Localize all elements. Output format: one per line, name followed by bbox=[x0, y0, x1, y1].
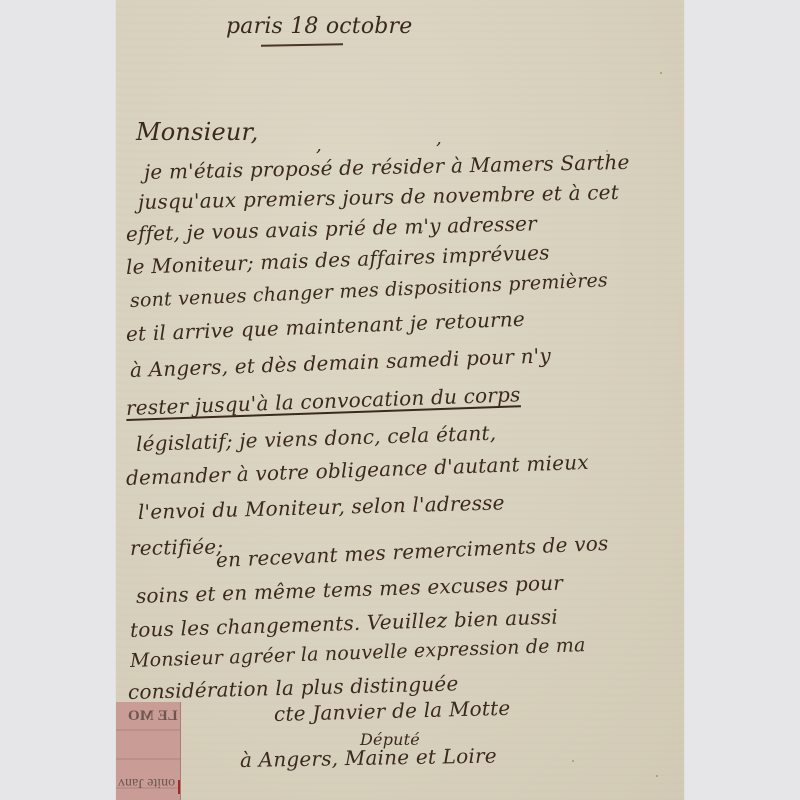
paper-speck bbox=[656, 775, 658, 777]
body-line-10: demander à votre obligeance d'autant mie… bbox=[126, 450, 590, 490]
body-line-3: effet, je vous avais prié de m'y adresse… bbox=[126, 211, 537, 246]
body-line-9: législatif; je viens donc, cela étant, bbox=[136, 421, 497, 456]
ink-mark: , bbox=[436, 128, 442, 149]
paper-speck bbox=[421, 230, 423, 232]
body-line-14: soins et en même tems mes excuses pour bbox=[136, 571, 564, 608]
paper-speck bbox=[660, 72, 662, 74]
stamp-red-mark bbox=[178, 780, 180, 794]
body-line-13: en recevant mes remerciments de vos bbox=[215, 531, 608, 572]
ink-mark: , bbox=[316, 135, 322, 156]
letter-salutation: Monsieur, bbox=[136, 118, 258, 146]
body-line-4: le Moniteur; mais des affaires imprévues bbox=[126, 240, 550, 279]
body-line-12: rectifiée; bbox=[130, 534, 224, 560]
body-line-2: jusqu'aux premiers jours de novembre et … bbox=[138, 180, 619, 214]
paper-speck bbox=[606, 150, 608, 152]
body-line-11: l'envoi du Moniteur, selon l'adresse bbox=[138, 490, 505, 524]
date-underline bbox=[261, 43, 343, 46]
stamp-bottom-text: onite Janv bbox=[118, 774, 175, 790]
body-line-1: je m'étais proposé de résider à Mamers S… bbox=[144, 150, 630, 184]
body-line-7: à Angers, et dès demain samedi pour n'y bbox=[130, 343, 552, 382]
letter-paper: paris 18 octobre Monsieur, , , je m'étai… bbox=[116, 0, 684, 800]
body-line-8-text: rester jusqu'à la convocation du corps bbox=[126, 382, 521, 420]
letter-date: paris 18 octobre bbox=[226, 14, 413, 39]
body-line-8: rester jusqu'à la convocation du corps bbox=[126, 382, 521, 420]
signature-address: à Angers, Maine et Loire bbox=[240, 744, 497, 772]
signature: cte Janvier de la Motte bbox=[274, 696, 511, 726]
body-line-6: et il arrive que maintenant je retourne bbox=[126, 307, 526, 346]
stamp-top-text: LE MO bbox=[128, 708, 178, 725]
paper-speck bbox=[572, 760, 574, 762]
postage-label: LE MO onite Janv bbox=[116, 702, 181, 800]
